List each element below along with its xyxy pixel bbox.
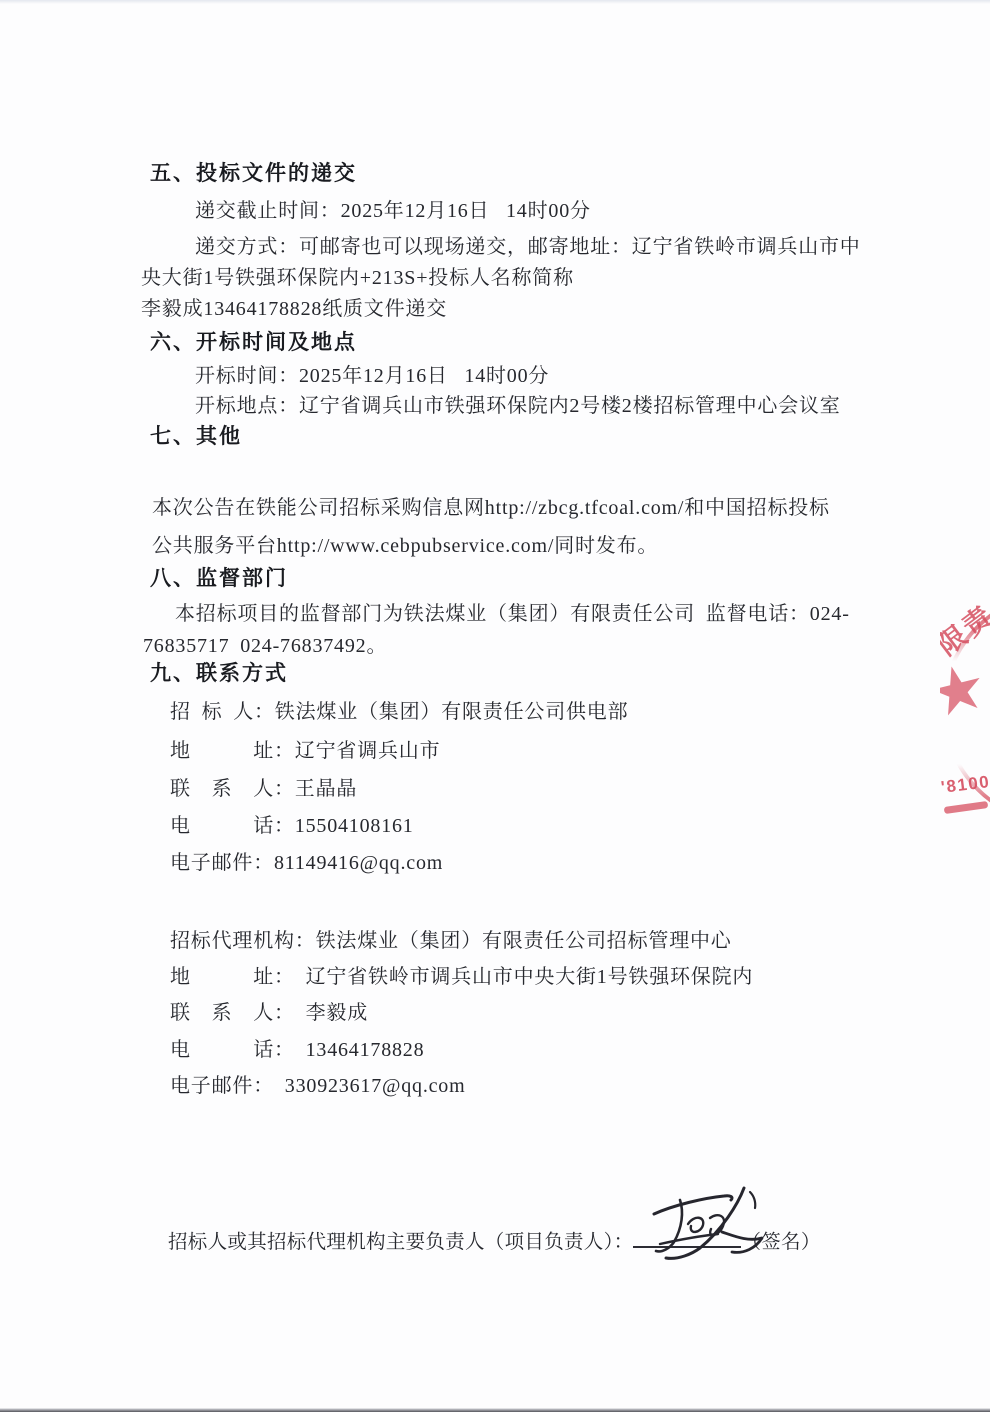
agency-contact-row: 联 系 人： 李毅成	[170, 1000, 368, 1026]
supervision-line1: 本招标项目的监督部门为铁法煤业（集团）有限责任公司 监督电话：024-	[175, 601, 850, 627]
submission-deadline: 递交截止时间：2025年12月16日 14时00分	[195, 198, 591, 224]
agency-name-row: 招标代理机构：铁法煤业（集团）有限责任公司招标管理中心	[170, 928, 732, 954]
submission-method-line1: 递交方式：可邮寄也可以现场递交，邮寄地址：辽宁省铁岭市调兵山市中	[195, 234, 861, 260]
scan-top-edge	[0, 0, 990, 4]
bid-opening-time: 开标时间：2025年12月16日 14时00分	[195, 363, 549, 389]
agency-email-row: 电子邮件： 330923617@qq.com	[170, 1073, 465, 1099]
section-7-heading: 七、其他	[150, 424, 242, 450]
company-seal-stamp: 限责 ★ '8100	[940, 585, 990, 857]
section-8-heading: 八、监督部门	[150, 566, 288, 592]
seal-text-fragment: 限责	[940, 594, 990, 663]
tenderer-email-row: 电子邮件：81149416@qq.com	[170, 850, 443, 876]
section-6-heading: 六、开标时间及地点	[150, 330, 357, 356]
submission-method-line2: 央大街1号铁强环保院内+213S+投标人名称简称	[141, 265, 574, 291]
tenderer-name-row: 招 标 人：铁法煤业（集团）有限责任公司供电部	[170, 699, 628, 725]
seal-code-fragment: '8100	[940, 772, 990, 798]
submission-method-line3: 李毅成13464178828纸质文件递交	[141, 296, 447, 322]
bid-opening-place: 开标地点：辽宁省调兵山市铁强环保院内2号楼2楼招标管理中心会议室	[195, 393, 841, 419]
announcement-line1: 本次公告在铁能公司招标采购信息网http://zbcg.tfcoal.com/和…	[152, 495, 830, 521]
section-9-heading: 九、联系方式	[150, 661, 288, 687]
tenderer-address-row: 地 址：辽宁省调兵山市	[170, 738, 440, 764]
star-icon: ★	[940, 653, 990, 729]
agency-address-row: 地 址： 辽宁省铁岭市调兵山市中央大街1号铁强环保院内	[170, 964, 753, 990]
tenderer-contact-row: 联 系 人：王晶晶	[170, 776, 357, 802]
section-5-heading: 五、投标文件的递交	[150, 161, 357, 187]
seal-bottom-arc	[944, 801, 989, 814]
scan-bottom-edge	[0, 1408, 990, 1412]
handwritten-signature	[626, 1182, 768, 1266]
agency-phone-row: 电 话： 13464178828	[170, 1037, 424, 1063]
tenderer-phone-row: 电 话：15504108161	[170, 813, 414, 839]
seal-ring	[942, 591, 990, 825]
signature-label: 招标人或其招标代理机构主要负责人（项目负责人）：	[168, 1232, 633, 1253]
document-page: 五、投标文件的递交 递交截止时间：2025年12月16日 14时00分 递交方式…	[0, 0, 990, 1412]
supervision-line2: 76835717 024-76837492。	[143, 633, 387, 659]
announcement-line2: 公共服务平台http://www.cebpubservice.com/同时发布。	[152, 533, 658, 559]
